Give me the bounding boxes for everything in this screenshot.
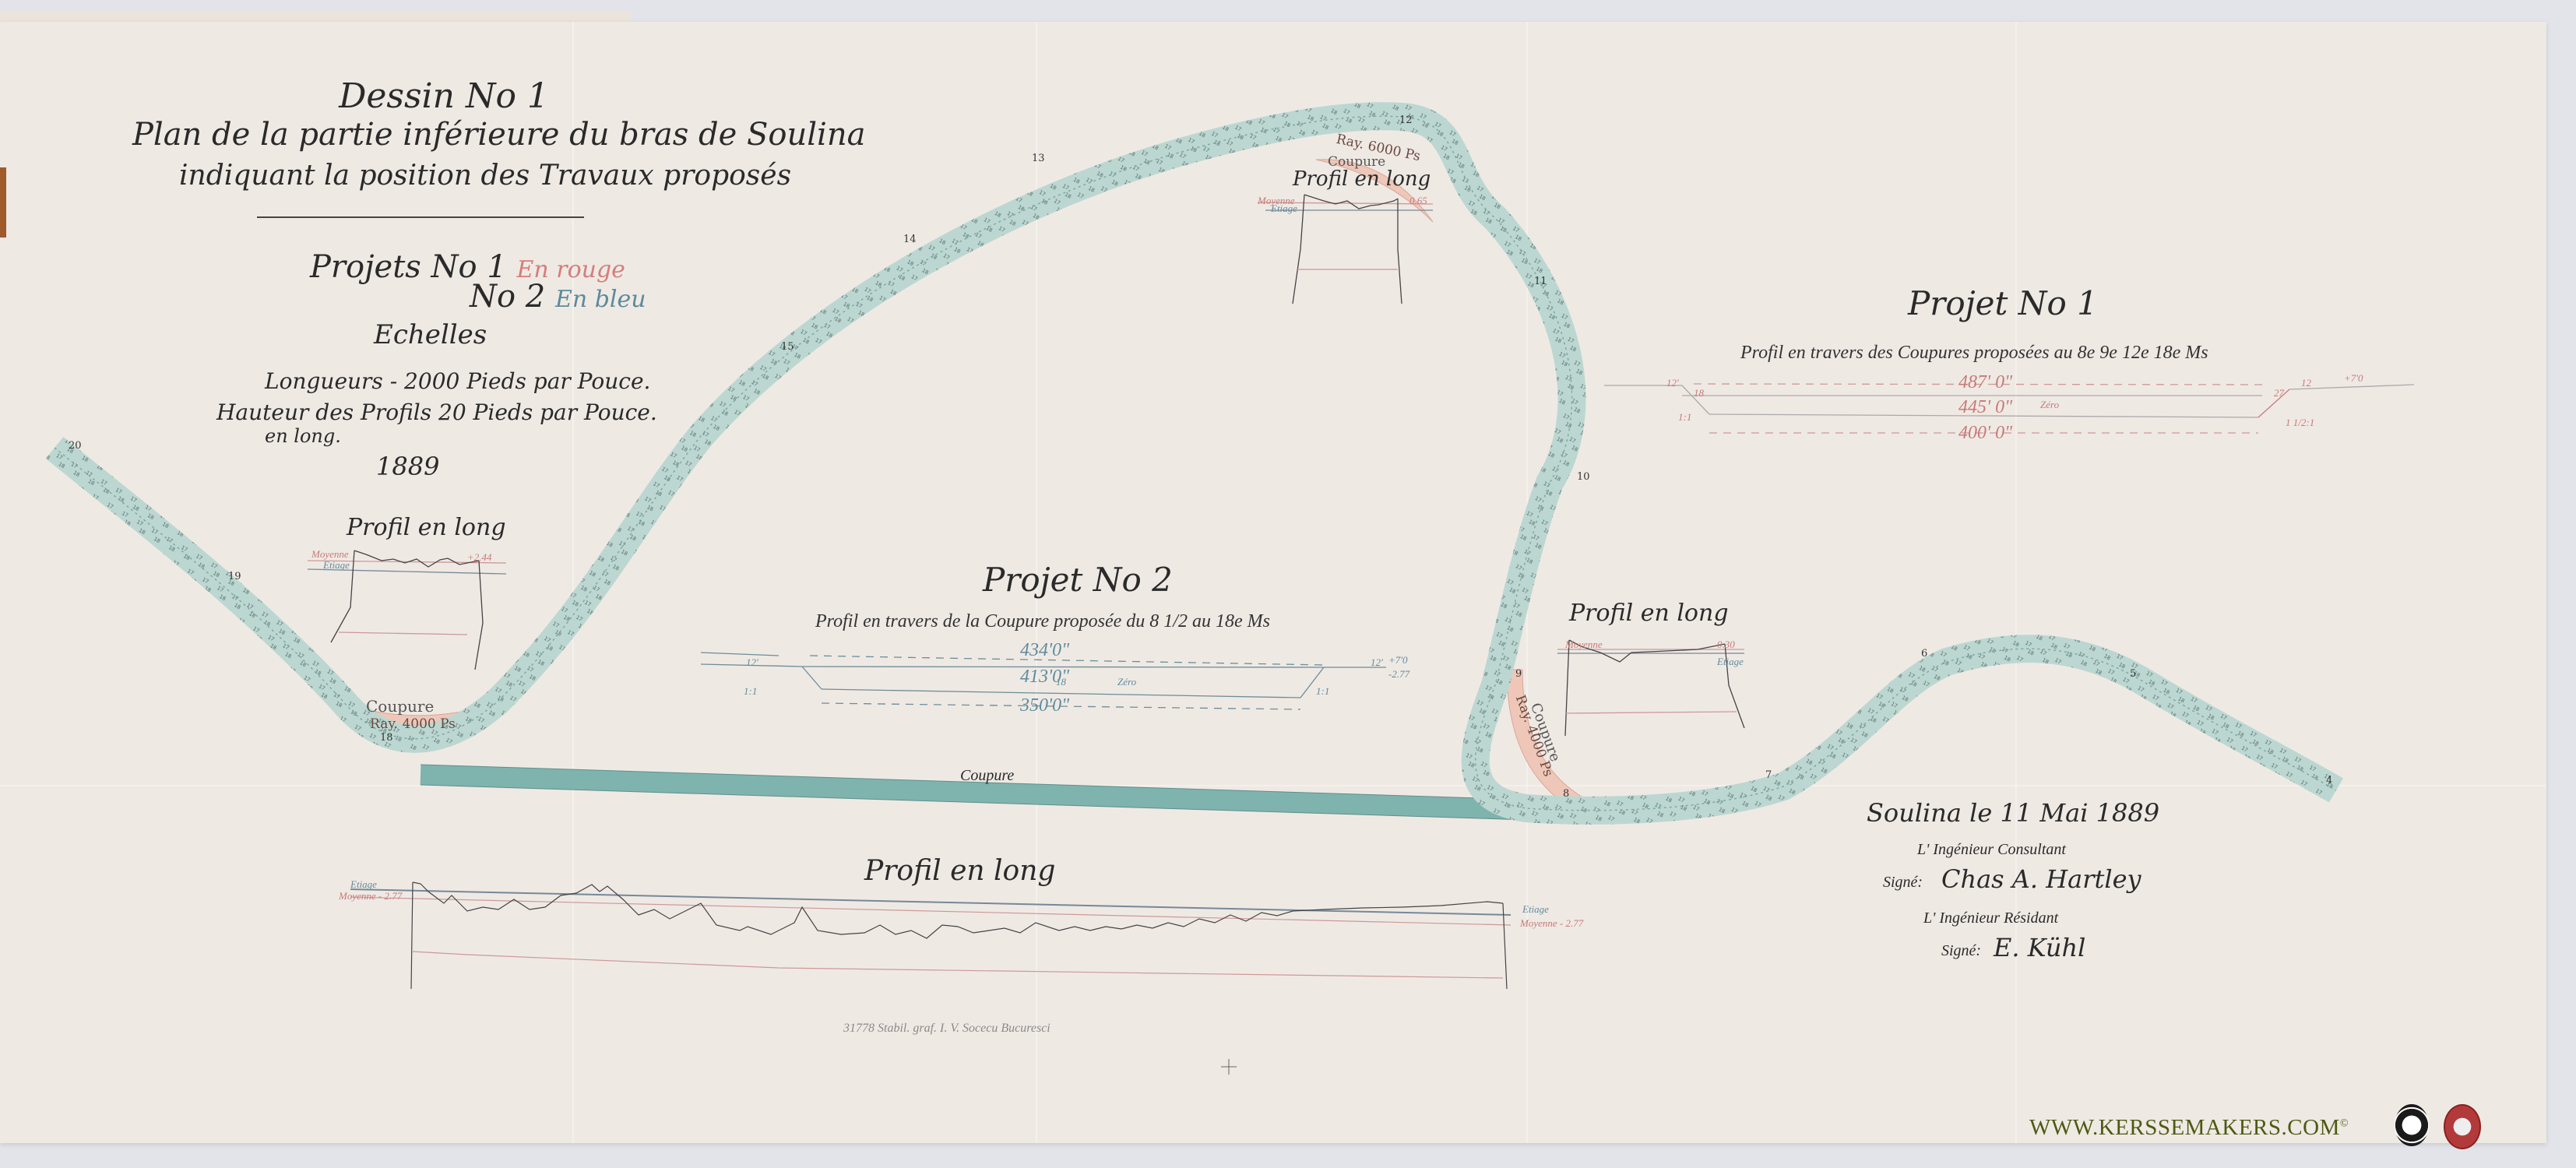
profile-bottom [350, 882, 1511, 989]
zero-label: Zéro [1117, 676, 1136, 688]
mile-marker: 5 [2130, 668, 2136, 680]
projet-2-title: Projet No 2 [983, 561, 1173, 599]
cut-label-straight: Coupure [960, 767, 1014, 785]
mile-marker: 18 [380, 732, 393, 744]
profile-right-title: Profil en long [1569, 600, 1729, 627]
berm-label: 12' [1666, 377, 1679, 389]
berm-label: 18 [1694, 387, 1704, 399]
profile-left-title: Profil en long [347, 514, 506, 541]
projet-1-subtitle: Profil en travers des Coupures proposées… [1740, 343, 2208, 364]
mile-marker: 8 [1563, 788, 1569, 800]
dim-top: 487' 0" [1958, 372, 2012, 393]
dim-bottom: 350'0" [1020, 695, 1069, 716]
berm-label: 12 [2301, 377, 2311, 389]
slope-label: 1:1 [1678, 411, 1691, 424]
profile-right [1557, 640, 1744, 736]
moyenne-label: Moyenne [1565, 639, 1603, 651]
mile-marker: 20 [69, 440, 82, 452]
zero-label: Zéro [2040, 399, 2059, 411]
signe-label: Signé: [1883, 874, 1923, 892]
slope-label: 1 1/2:1 [2286, 417, 2314, 429]
cut-label-left: Coupure [366, 697, 434, 716]
level-plus: +7'0 [1388, 654, 1408, 667]
slope-label: 1:1 [1316, 685, 1329, 698]
scales-heading: Echelles [374, 319, 487, 350]
projet-1-title: Projet No 1 [1908, 284, 2098, 322]
moyenne-label: Moyenne - 2.77 [339, 890, 402, 902]
etiage-label: Etiage [1271, 202, 1297, 215]
signature-kuhl: E. Kühl [1994, 933, 2085, 962]
mile-marker: 10 [1577, 471, 1590, 483]
berm-label: 12' [746, 656, 758, 669]
mile-marker: 11 [1534, 276, 1547, 287]
mile-marker: 15 [781, 341, 794, 353]
printer-credit: 31778 Stabil. graf. I. V. Socecu Bucures… [843, 1022, 1050, 1036]
etiage-label: Etiage [350, 878, 377, 891]
legend-projet-2: No 2 En bleu [470, 279, 646, 315]
cut-radius-left: Ray. 4000 Ps [370, 716, 456, 732]
mile-marker: 4 [2326, 775, 2332, 786]
level-plus: +7'0 [2344, 372, 2363, 385]
slope-label: 1:1 [744, 685, 757, 698]
profile-top-value: 0.65 [1409, 195, 1427, 207]
nvva-badge-icon [2395, 1104, 2429, 1146]
place-date: Soulina le 11 Mai 1889 [1867, 798, 2159, 828]
profile-bottom-title: Profil en long [864, 855, 1055, 887]
ilab-badge-icon [2444, 1104, 2481, 1149]
role-resident: L' Ingénieur Résidant [1923, 909, 2058, 927]
etiage-label: Etiage [323, 559, 350, 572]
berm-label: 27 [2274, 387, 2284, 399]
title-divider [257, 216, 584, 218]
dim-bottom: 400' 0" [1958, 423, 2012, 444]
cut-label-top: Coupure [1328, 154, 1385, 170]
depth-label: 18 [1056, 676, 1066, 688]
drawing-number: Dessin No 1 [304, 76, 584, 116]
profile-right-value: 0.30 [1717, 639, 1735, 651]
role-consultant: L' Ingénieur Consultant [1917, 841, 2066, 859]
berm-label: 12' [1371, 656, 1383, 669]
scale-heights-suffix: en long. [265, 425, 341, 447]
map-subtitle: indiquant la position des Travaux propos… [179, 160, 724, 192]
mile-marker: 12 [1399, 114, 1413, 126]
watermark-site[interactable]: WWW.KERSSEMAKERS.COM© [2029, 1115, 2349, 1141]
mile-marker: 14 [903, 234, 917, 245]
profile-top-title: Profil en long [1293, 167, 1431, 191]
dim-middle: 445' 0" [1958, 397, 2012, 418]
level-minus: -2.77 [1388, 668, 1409, 681]
etiage-label: Etiage [1522, 903, 1549, 916]
signe-label: Signé: [1941, 942, 1981, 960]
mile-marker: 13 [1032, 153, 1045, 164]
profile-left-value: +2.44 [467, 551, 492, 564]
signature-hartley: Chas A. Hartley [1941, 864, 2141, 894]
mile-marker: 19 [228, 571, 241, 582]
etiage-label: Etiage [1717, 656, 1744, 668]
moyenne-label: Moyenne - 2.77 [1520, 917, 1583, 930]
projet-2-subtitle: Profil en travers de la Coupure proposée… [815, 611, 1270, 632]
legend-year: 1889 [376, 452, 439, 481]
mile-marker: 6 [1921, 648, 1927, 660]
scale-lengths: Longueurs - 2000 Pieds par Pouce. [265, 368, 650, 394]
mile-marker: 9 [1515, 668, 1522, 680]
dim-top: 434'0" [1020, 640, 1069, 661]
scale-heights: Hauteur des Profils 20 Pieds par Pouce. [216, 399, 657, 425]
legend-blue-label: En bleu [555, 286, 646, 313]
mile-marker: 7 [1765, 769, 1772, 781]
map-title: Plan de la partie inférieure du bras de … [132, 117, 771, 153]
